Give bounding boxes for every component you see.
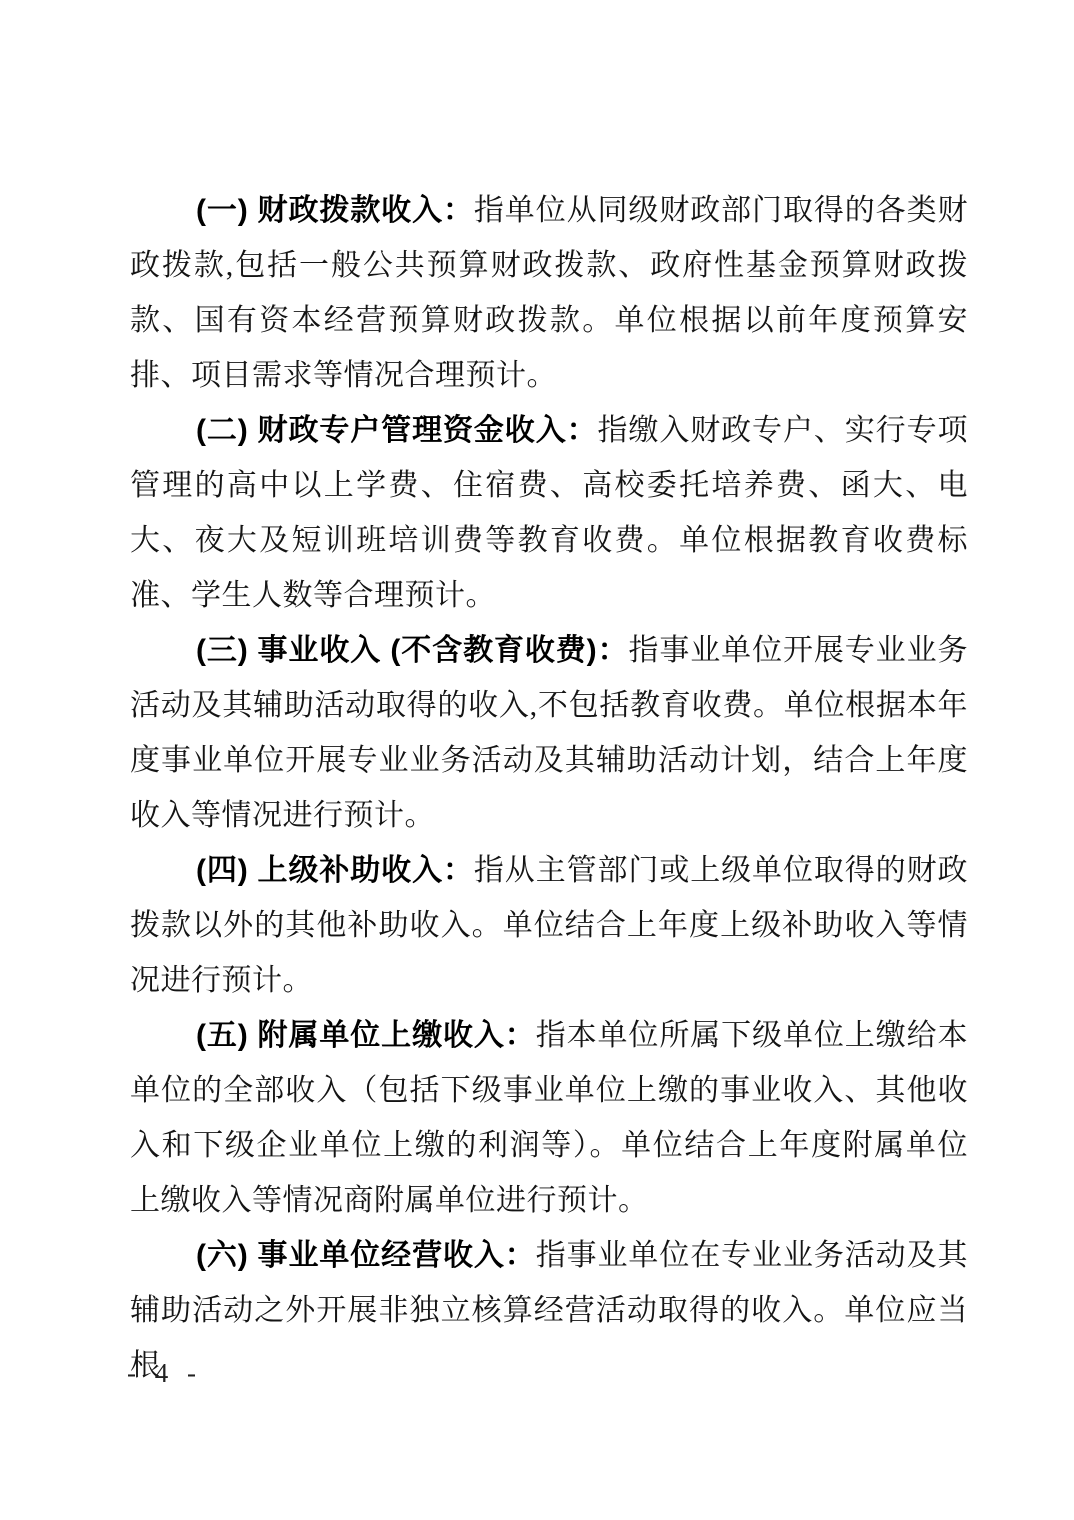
paragraph-operating-income: (六) 事业单位经营收入：指事业单位在专业业务活动及其辅助活动之外开展非独立核算… bbox=[130, 1228, 968, 1393]
paragraph-fiscal-appropriation-income: (一) 财政拨款收入：指单位从同级财政部门取得的各类财政拨款,包括一般公共预算财… bbox=[130, 183, 968, 403]
paragraph-heading: (五) 附属单位上缴收入： bbox=[196, 1019, 536, 1052]
paragraph-heading: (一) 财政拨款收入： bbox=[196, 194, 474, 227]
paragraph-heading: (四) 上级补助收入： bbox=[196, 854, 474, 887]
document-page: (一) 财政拨款收入：指单位从同级财政部门取得的各类财政拨款,包括一般公共预算财… bbox=[0, 0, 1074, 1520]
paragraph-subordinate-unit-remittance-income: (五) 附属单位上缴收入：指本单位所属下级单位上缴给本单位的全部收入（包括下级事… bbox=[130, 1008, 968, 1228]
page-number: - 4 - bbox=[127, 1358, 202, 1389]
document-body: (一) 财政拨款收入：指单位从同级财政部门取得的各类财政拨款,包括一般公共预算财… bbox=[130, 183, 968, 1393]
paragraph-institutional-income: (三) 事业收入 (不含教育收费)：指事业单位开展专业业务活动及其辅助活动取得的… bbox=[130, 623, 968, 843]
paragraph-heading: (三) 事业收入 (不含教育收费)： bbox=[196, 634, 628, 667]
paragraph-heading: (二) 财政专户管理资金收入： bbox=[196, 414, 598, 447]
paragraph-superior-subsidy-income: (四) 上级补助收入：指从主管部门或上级单位取得的财政拨款以外的其他补助收入。单… bbox=[130, 843, 968, 1008]
paragraph-special-account-funds-income: (二) 财政专户管理资金收入：指缴入财政专户、实行专项管理的高中以上学费、住宿费… bbox=[130, 403, 968, 623]
paragraph-heading: (六) 事业单位经营收入： bbox=[196, 1239, 536, 1272]
